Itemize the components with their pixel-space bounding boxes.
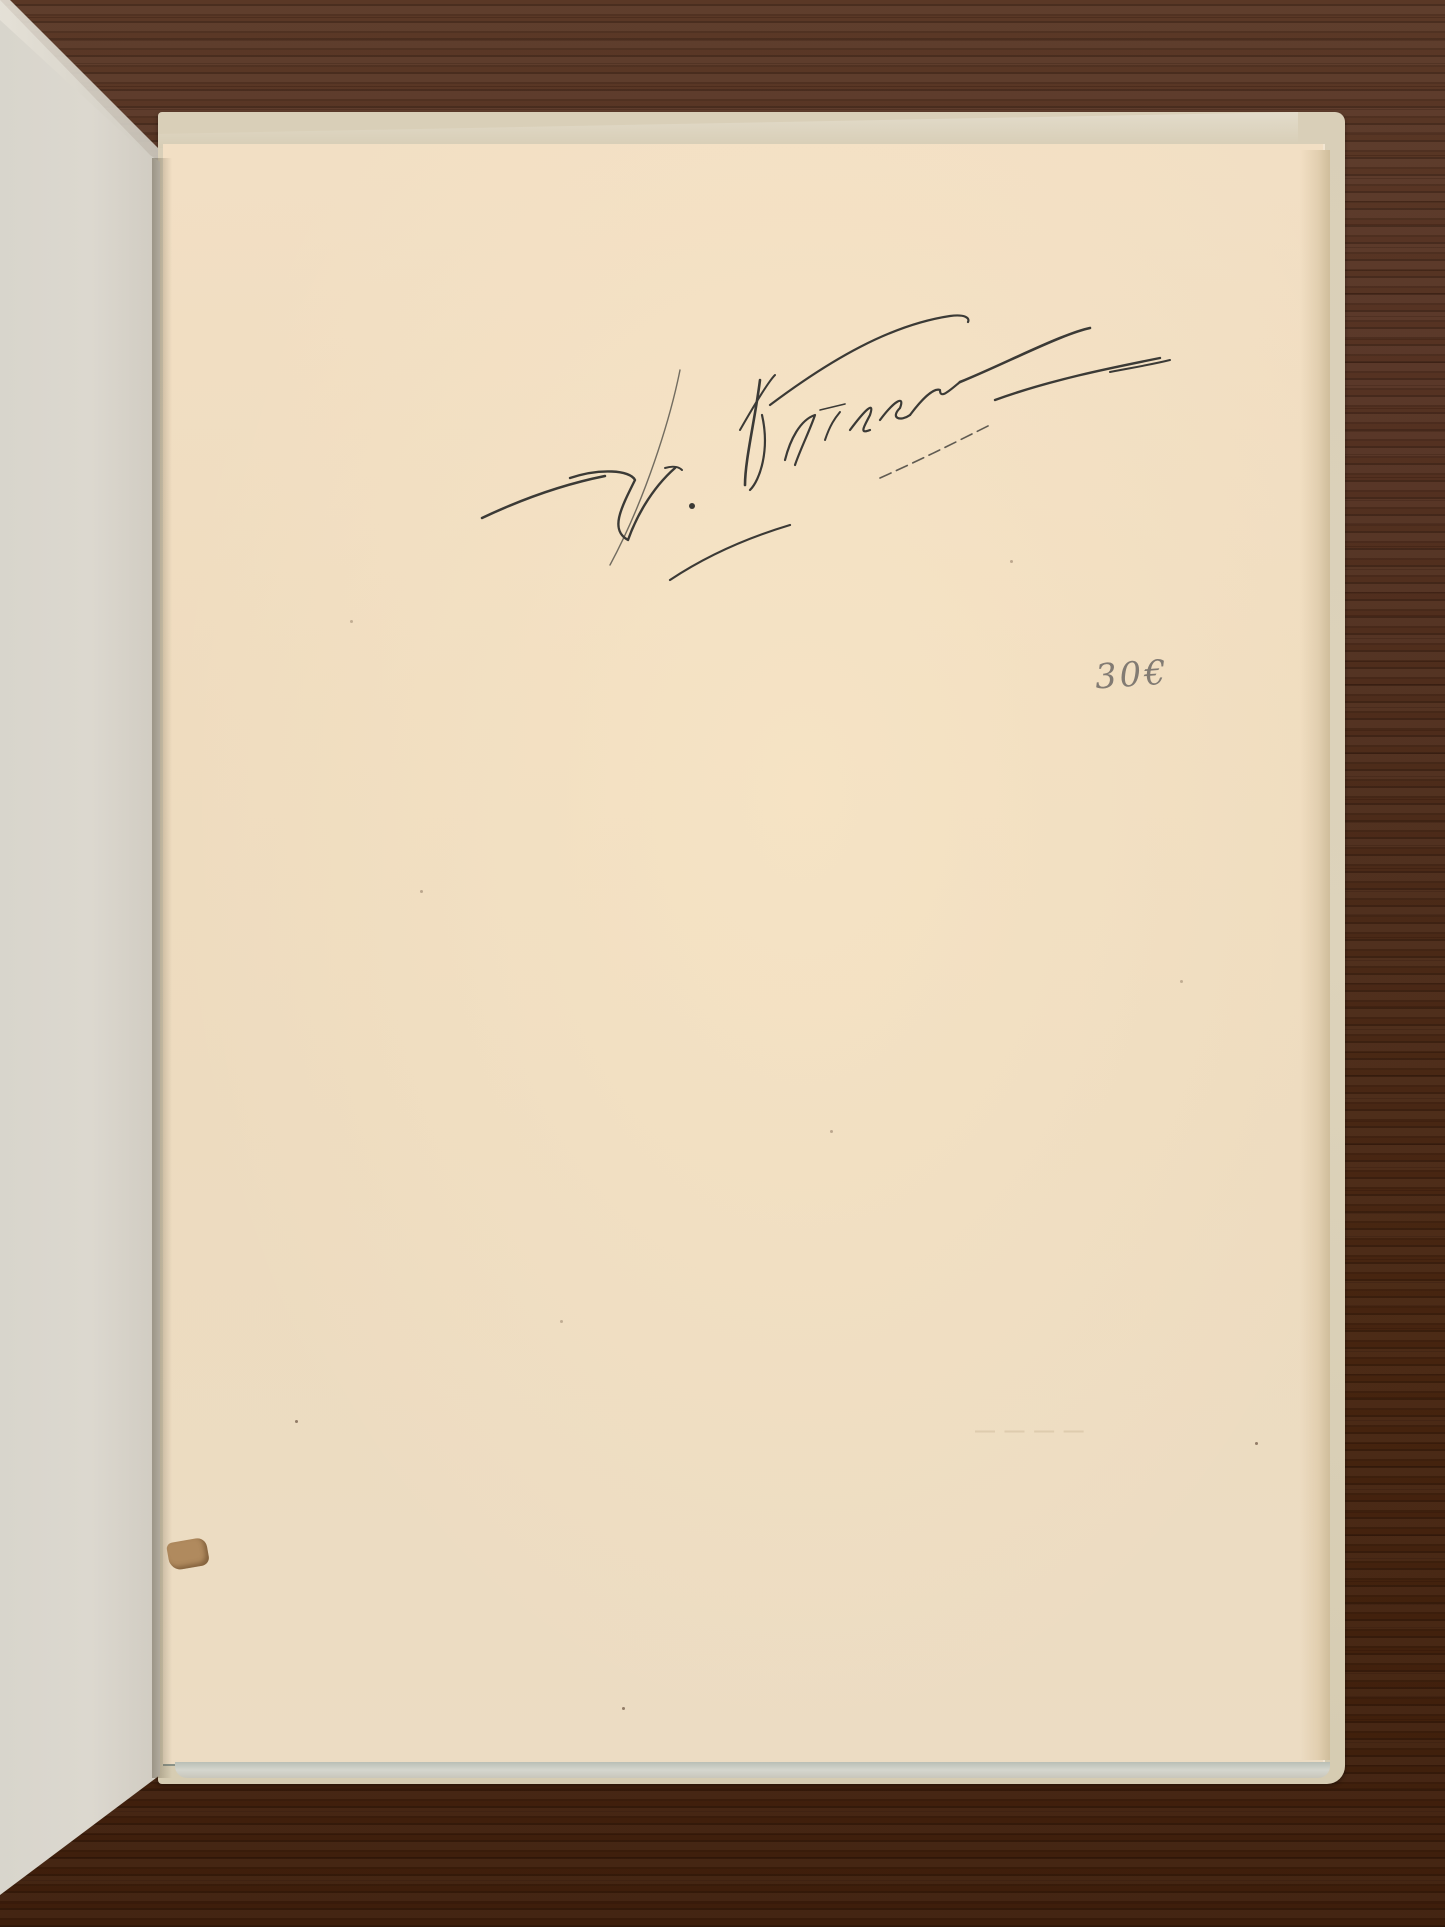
ink-signature: B. Wriesen [470, 300, 1220, 600]
paper-speck [1180, 980, 1183, 983]
paper-speck [420, 890, 423, 893]
gutter-shadow [152, 158, 172, 1778]
faint-offset-text: — — — — [975, 1420, 1086, 1443]
paper-speck [622, 1707, 625, 1710]
paper-speck [830, 1130, 833, 1133]
page-bottom-edge [175, 1762, 1330, 1778]
pencil-price-note: 30€ [1094, 652, 1171, 697]
signature-strokes-icon [470, 300, 1220, 600]
paper-speck [295, 1420, 298, 1423]
page-fore-edge [1300, 150, 1330, 1760]
paper-speck [560, 1320, 563, 1323]
paper-speck [1255, 1442, 1258, 1445]
paper-speck [350, 620, 353, 623]
left-facing-page [0, 0, 165, 1927]
